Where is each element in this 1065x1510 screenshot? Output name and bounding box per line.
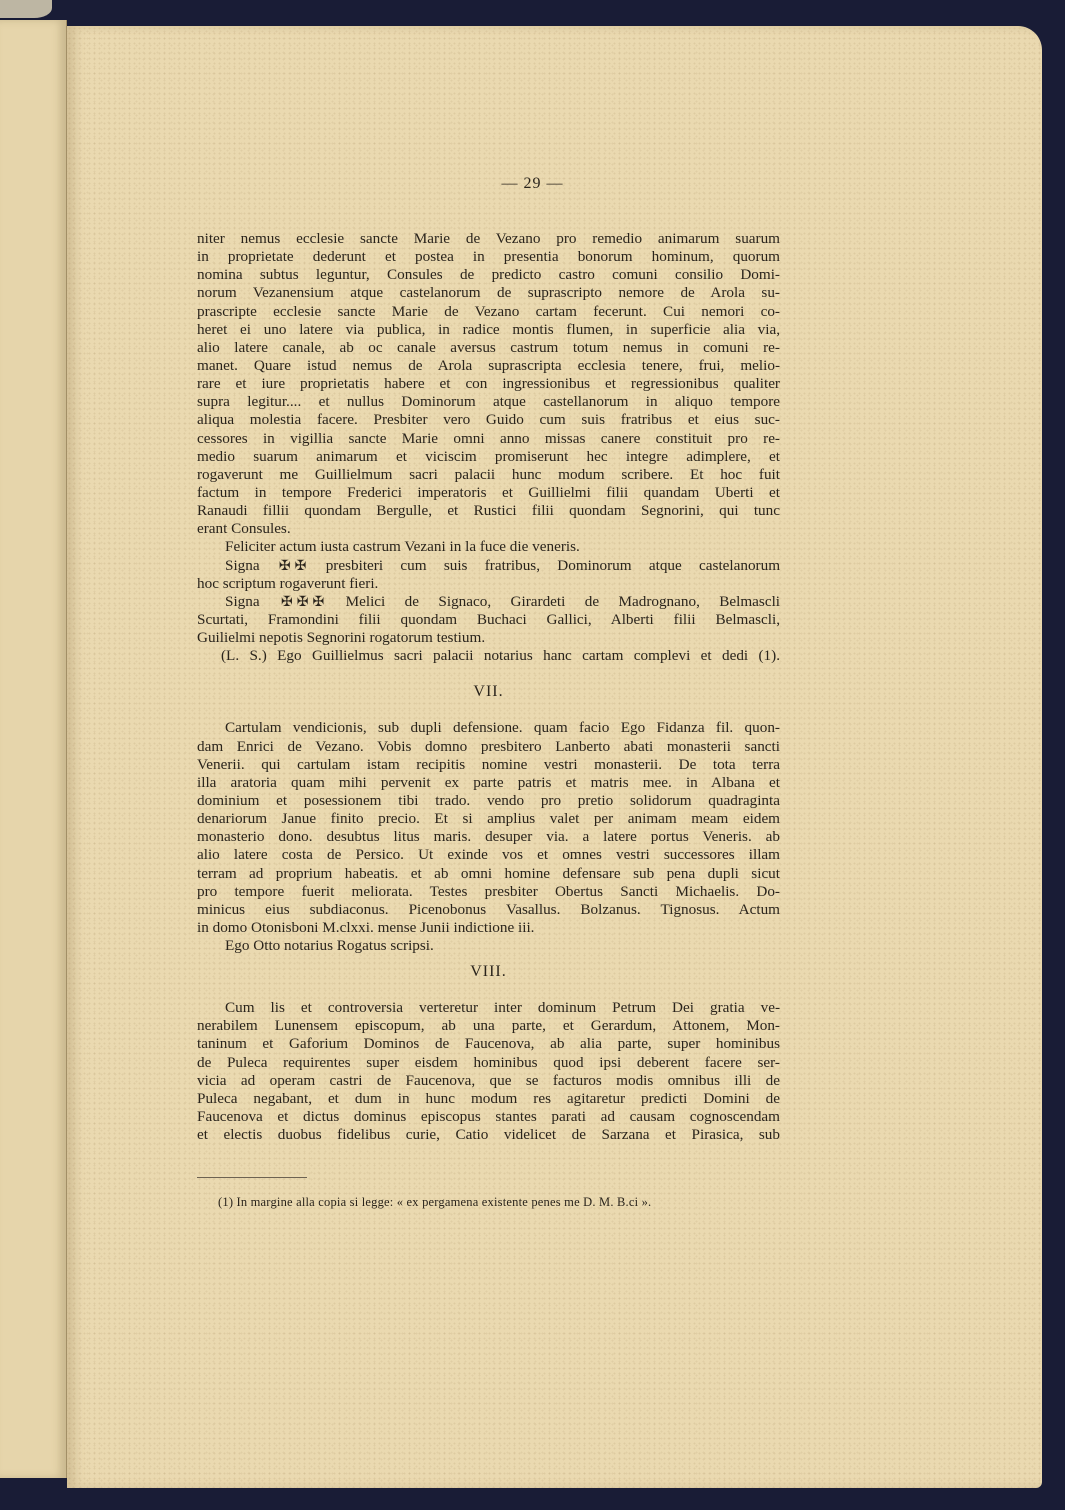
footnote: (1) In margine alla copia si legge: « ex…: [218, 1195, 798, 1210]
text-line: aliqua molestia facere. Presbiter vero G…: [197, 411, 780, 429]
text-line: heret ei uno latere via publica, in radi…: [197, 321, 780, 339]
torn-paper-scrap: [0, 0, 52, 18]
text-line: alio latere costa de Persico. Ut exinde …: [197, 846, 780, 864]
feliciter-line: Feliciter actum iusta castrum Vezani in …: [197, 538, 780, 556]
notary-signature-line: Ego Otto notarius Rogatus scripsi.: [197, 937, 780, 955]
signa-text: Melici de Signaco, Girardeti de Madrogna…: [346, 593, 780, 610]
page-number: — 29 —: [0, 175, 1065, 193]
signa-label: Signa: [225, 557, 260, 574]
text-line: Puleca negabant, et dum in hunc modum re…: [197, 1090, 780, 1108]
left-page-edge: [0, 20, 67, 1478]
text-line: in domo Otonisboni M.clxxi. mense Junii …: [197, 919, 780, 937]
text-line: Venerii. qui cartulam istam recipitis no…: [197, 756, 780, 774]
text-line: Faucenova et dictus dominus episcopus st…: [197, 1108, 780, 1126]
text-line: hoc scriptum rogaverunt fieri.: [197, 575, 780, 593]
text-line: medio suarum animarum et viciscim promis…: [197, 448, 780, 466]
text-line: illa aratoria quam mihi pervenit ex part…: [197, 774, 780, 792]
text-line: prascripte ecclesie sancte Marie de Veza…: [197, 303, 780, 321]
text-line: cessores in vigillia sancte Marie omni a…: [197, 430, 780, 448]
text-line: monasterio dono. desubtus litus maris. d…: [197, 828, 780, 846]
cross-pattee-icon: ✠: [279, 558, 291, 576]
text-line: Ranaudi fillii quondam Bergulle, et Rust…: [197, 502, 780, 520]
signa-text: presbiteri cum suis fratribus, Dominorum…: [326, 557, 780, 574]
text-line: factum in tempore Frederici imperatoris …: [197, 484, 780, 502]
section-viii: VIII. Cum lis et controversia verteretur…: [197, 963, 780, 1144]
text-line: erant Consules.: [197, 520, 780, 538]
signa-line: Signa ✠✠ presbiteri cum suis fratribus, …: [197, 557, 780, 575]
text-line: de Puleca requirentes super eisdem homin…: [197, 1054, 780, 1072]
text-line: dominium et posessionem tibi trado. vend…: [197, 792, 780, 810]
text-line: nomina subtus leguntur, Consules de pred…: [197, 266, 780, 284]
text-line: niter nemus ecclesie sancte Marie de Vez…: [197, 230, 780, 248]
paragraph-continued: niter nemus ecclesie sancte Marie de Vez…: [197, 230, 780, 538]
signa-testes: Signa ✠✠✠ Melici de Signaco, Girardeti d…: [197, 593, 780, 647]
cross-pattee-icon: ✠: [312, 594, 324, 612]
text-line: rare et iure proprietatis habere et con …: [197, 375, 780, 393]
page-body: niter nemus ecclesie sancte Marie de Vez…: [197, 230, 780, 1144]
text-line: nerabilem Lunensem episcopum, ab una par…: [197, 1017, 780, 1035]
text-line: norum Vezanensium atque castelanorum de …: [197, 284, 780, 302]
signa-presbiteri: Signa ✠✠ presbiteri cum suis fratribus, …: [197, 557, 780, 593]
signa-label: Signa: [225, 593, 260, 610]
cross-pattee-icon: ✠: [281, 594, 293, 612]
text-line: taninum et Gaforium Dominos de Faucenova…: [197, 1035, 780, 1053]
text-line: vicia ad operam castri de Faucenova, que…: [197, 1072, 780, 1090]
text-line: alio latere canale, ab oc canale aversus…: [197, 339, 780, 357]
text-line: supra legitur.... et nullus Dominorum at…: [197, 393, 780, 411]
text-line: manet. Quare istud nemus de Arola supras…: [197, 357, 780, 375]
text-line: pro tempore fuerit meliorata. Testes pre…: [197, 883, 780, 901]
notary-signature-line: (L. S.) Ego Guillielmus sacri palacii no…: [197, 647, 780, 665]
cross-pattee-icon: ✠: [295, 558, 307, 576]
section-heading-viii: VIII.: [197, 963, 780, 999]
text-line: rogaverunt me Guillielmum sacri palacii …: [197, 466, 780, 484]
section-heading-vii: VII.: [197, 683, 780, 719]
signa-line: Signa ✠✠✠ Melici de Signaco, Girardeti d…: [197, 593, 780, 611]
text-line: minicus eius subdiaconus. Picenobonus Va…: [197, 901, 780, 919]
text-line: dam Enrici de Vezano. Vobis domno presbi…: [197, 738, 780, 756]
text-line: Cartulam vendicionis, sub dupli defensio…: [197, 719, 780, 737]
text-line: denariorum Janue finito precio. Et si am…: [197, 810, 780, 828]
text-line: terram ad proprium habeatis. et ab omni …: [197, 865, 780, 883]
text-line: Guilielmi nepotis Segnorini rogatorum te…: [197, 629, 780, 647]
footnote-divider: [197, 1177, 307, 1178]
section-vii: VII. Cartulam vendicionis, sub dupli def…: [197, 683, 780, 955]
text-line: Scurtati, Framondini filii quondam Bucha…: [197, 611, 780, 629]
text-line: in proprietate dederunt et postea in pre…: [197, 248, 780, 266]
text-line: Cum lis et controversia verteretur inter…: [197, 999, 780, 1017]
cross-pattee-icon: ✠: [297, 594, 309, 612]
text-line: et electis duobus fidelibus curie, Catio…: [197, 1126, 780, 1144]
